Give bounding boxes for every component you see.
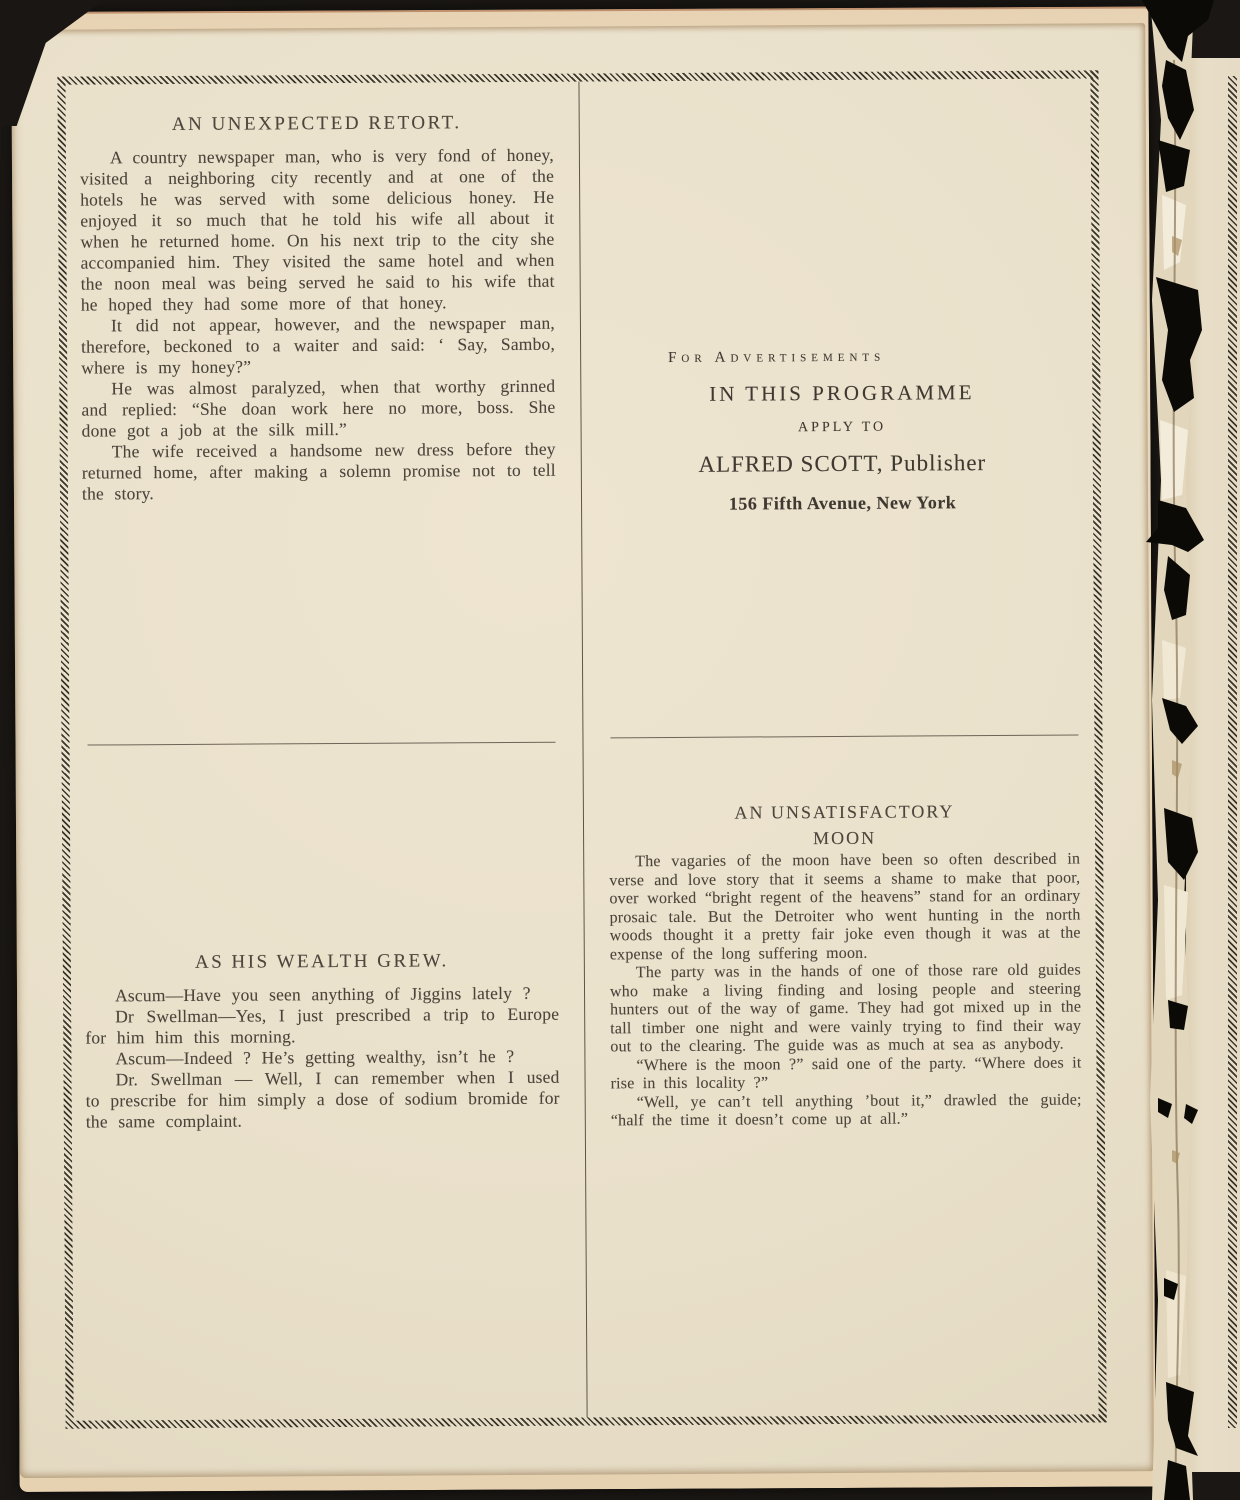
frame-border-left	[57, 77, 73, 1429]
torn-binding-gutter	[1128, 0, 1240, 1500]
programme-page: AN UNEXPECTED RETORT. A country newspape…	[11, 23, 1154, 1478]
story-unexpected-retort: AN UNEXPECTED RETORT. A country newspape…	[80, 111, 556, 505]
ad-line-publisher: ALFRED SCOTT, Publisher	[607, 450, 1078, 479]
decorative-hatched-frame: AN UNEXPECTED RETORT. A country newspape…	[57, 70, 1106, 1428]
story-paragraph: A country newspaper man, who is very fon…	[80, 145, 555, 316]
story-paragraph: The vagaries of the moon have been so of…	[609, 850, 1081, 964]
story-paragraph: He was almost paralyzed, when that worth…	[81, 376, 555, 442]
left-column: AN UNEXPECTED RETORT. A country newspape…	[79, 74, 561, 1429]
story-paragraph: Ascum—Have you seen anything of Jiggins …	[85, 983, 559, 1007]
story-paragraph: “Where is the moon ?” said one of the pa…	[610, 1054, 1081, 1094]
story-title: AN UNEXPECTED RETORT.	[80, 111, 554, 138]
story-paragraph: “Well, ye can’t tell anything ’bout it,”…	[611, 1091, 1082, 1131]
story-paragraph: Dr. Swellman — Well, I can remember when…	[85, 1067, 559, 1133]
ad-line-for-advertisements: For Advertisements	[606, 348, 947, 367]
story-paragraph: It did not appear, however, and the news…	[81, 313, 555, 379]
advertisement-notice: For Advertisements IN THIS PROGRAMME APP…	[606, 348, 1078, 516]
right-column: For Advertisements IN THIS PROGRAMME APP…	[604, 71, 1083, 1426]
story-paragraph: The wife received a handsome new dress b…	[82, 439, 556, 505]
frame-border-right	[1090, 70, 1106, 1422]
story-paragraph: The party was in the hands of one of tho…	[610, 961, 1082, 1056]
ad-line-apply-to: APPLY TO	[607, 419, 1078, 438]
story-paragraph: Ascum—Indeed ? He’s getting wealthy, isn…	[85, 1046, 559, 1070]
story-title-line2: MOON	[813, 828, 876, 848]
ad-line-in-this-programme: IN THIS PROGRAMME	[606, 380, 1077, 408]
story-as-his-wealth-grew: AS HIS WEALTH GREW. Ascum—Have you seen …	[85, 949, 560, 1133]
photo-background: AN UNEXPECTED RETORT. A country newspape…	[0, 0, 1240, 1500]
story-unsatisfactory-moon: AN UNSATISFACTORYMOON The vagaries of th…	[609, 798, 1082, 1131]
story-title: AN UNSATISFACTORYMOON	[609, 798, 1080, 853]
story-title: AS HIS WEALTH GREW.	[85, 949, 559, 976]
story-paragraph: Dr Swellman—Yes, I just prescribed a tri…	[85, 1004, 559, 1049]
story-title-line1: AN UNSATISFACTORY	[734, 801, 954, 822]
column-divider-rule	[578, 82, 587, 1418]
ad-line-address: 156 Fifth Avenue, New York	[607, 492, 1078, 516]
